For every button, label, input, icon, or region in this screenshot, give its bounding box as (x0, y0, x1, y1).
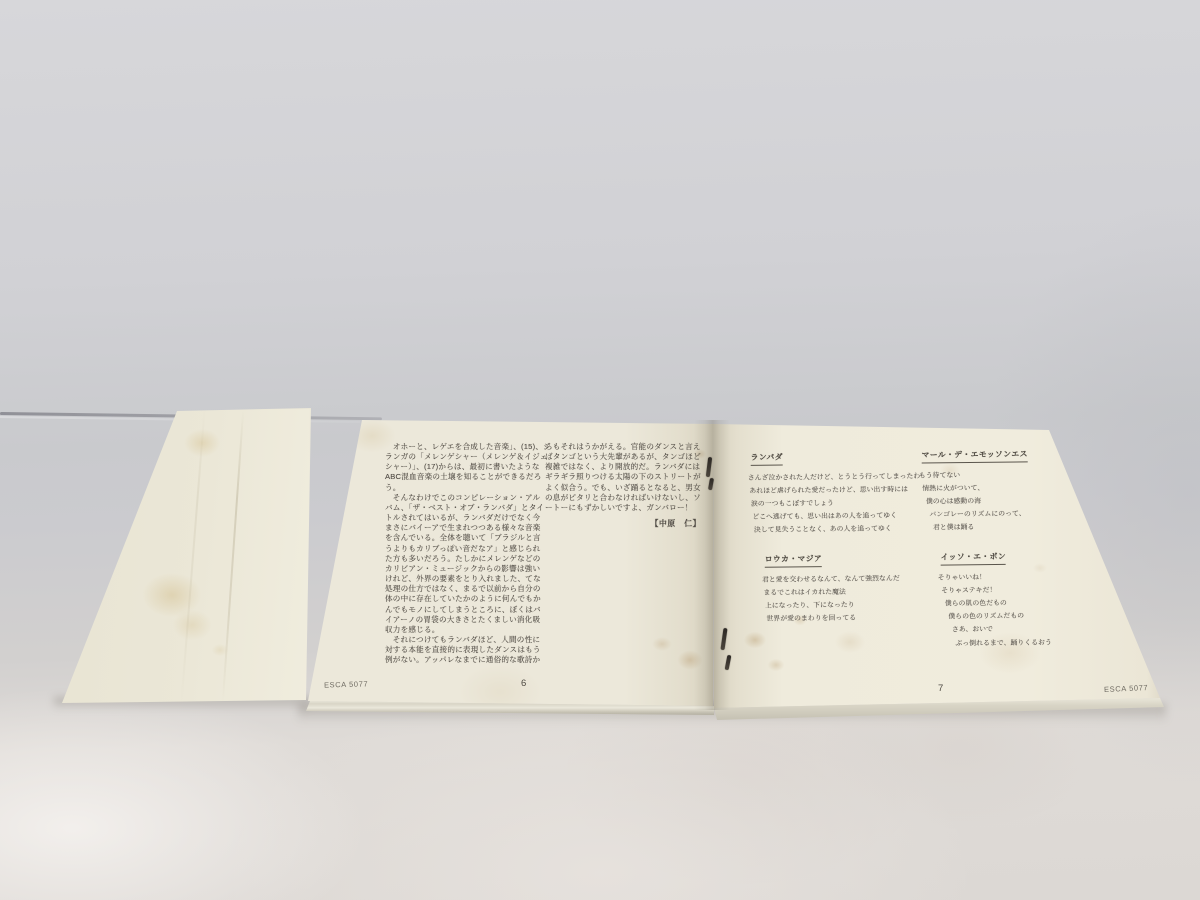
essay-column-2: らもそれはうかがえる。官能のダンスと言えばタンゴという大先輩があるが、タンゴほど… (545, 442, 707, 529)
text-line: 複雑ではなく、より開放的だ。ランバダには (545, 462, 707, 472)
text-line: 例がない。アッパレなまでに通俗的な歌詩か (385, 655, 547, 665)
text-line: んでもモノにしてしまうところに、ぼくはバ (385, 605, 547, 615)
author-credit: 【中原 仁】 (545, 519, 707, 529)
text-line: 僕らの色のリズムだもの (948, 610, 1051, 624)
text-line: うよりもカリブっぽい音だなア」と感じられ (385, 544, 547, 554)
essay-column-1: オホーと、レゲエを合成した音楽」、(15)、ジランガの「メレンゲシャー（メレンゲ… (385, 442, 547, 665)
text-line: ランガの「メレンゲシャー（メレンゲ＆イジェ (385, 452, 547, 462)
text-line: 収力を感じる。 (385, 625, 547, 635)
text-line: イアーノの胃袋の大きさとたくましい消化吸 (385, 615, 547, 625)
song-title: ロウカ・マジア (765, 553, 823, 567)
text-line: そんなわけでこのコンピレーション・アル (385, 493, 547, 503)
catalog-number-left: ESCA 5077 (324, 679, 368, 689)
text-line: 僕の心は感動の海 (926, 494, 1029, 508)
text-line: シャー）」、(17)からは、最初に書いたような (385, 462, 547, 472)
text-line: 君と僕は踊る (933, 521, 1029, 535)
text-line: さあ、おいで (952, 623, 1052, 637)
text-line: 体の中に存在していたかのように何んでもか (385, 594, 547, 604)
song-title: ランバダ (751, 452, 783, 466)
song-lyrics: もう待てない情熱に火がついて、僕の心は感動の海バンゴレーのリズムにのって、君と僕… (919, 468, 1029, 535)
booklet-page-6: オホーと、レゲエを合成した音楽」、(15)、ジランガの「メレンゲシャー（メレンゲ… (300, 412, 715, 720)
card-fold-crease-2 (180, 409, 205, 702)
text-line: そりゃいいね！ (938, 570, 1052, 584)
song-title: イッソ・エ・ボン (941, 551, 1007, 565)
text-line: う。 (385, 483, 547, 493)
text-line: ートーにもずかしいですよ、ガンバロー！ (545, 503, 707, 513)
text-line: それにつけてもランバダほど、人間の性に (385, 635, 547, 645)
song-block-isso-e-bom: イッソ・エ・ボン そりゃいいね！そりゃステキだ！僕らの肌の色だもの僕らの色のリズ… (937, 545, 1052, 650)
essay-column-2-lines: らもそれはうかがえる。官能のダンスと言えばタンゴという大先輩があるが、タンゴほど… (545, 442, 707, 513)
text-line: 君と愛を交わせるなんて、なんて強烈なんだ (762, 572, 900, 587)
song-lyrics: さんざ泣かされた人だけど、とうとう行ってしまったわあれほど虐げられた愛だったけど… (748, 470, 921, 538)
song-title: マール・デ・エモッソンエス (922, 448, 1028, 463)
text-line: もう待てない (919, 468, 1028, 482)
text-line: 情熱に火がついて、 (922, 481, 1028, 495)
catalog-number-right: ESCA 5077 (1104, 683, 1149, 694)
text-line: 対する本能を直接的に表現したダンスはもう (385, 645, 547, 655)
text-line: どこへ逃げても、思い出はあの人を追ってゆく (752, 509, 920, 524)
song-block-mar-de-emocoes: マール・デ・エモッソンエス もう待てない情熱に火がついて、僕の心は感動の海バンゴ… (919, 443, 1029, 535)
text-line: まさにバイーアで生まれつつある様々な音楽 (385, 523, 547, 533)
page-number-7: 7 (938, 683, 943, 694)
song-lyrics: そりゃいいね！そりゃステキだ！僕らの肌の色だもの僕らの色のリズムだものさあ、おい… (938, 570, 1052, 650)
song-block-lambada: ランバダ さんざ泣かされた人だけど、とうとう行ってしまったわあれほど虐げられた愛… (748, 445, 921, 537)
text-line: ABC混血音楽の土壌を知ることができるだろ (385, 472, 547, 482)
text-line: た方も多いだろう。たしかにメレンゲなどの (385, 554, 547, 564)
text-line: バンゴレーのリズムにのって、 (929, 508, 1028, 522)
text-line: 僕らの肌の色だもの (945, 596, 1052, 610)
text-line: 決して見失うことなく、あの人を追ってゆく (754, 522, 921, 537)
text-line: カリビアン・ミュージックからの影響は強い (385, 564, 547, 574)
text-line: を含んでいる。全体を聴いて「ブラジルと言 (385, 533, 547, 543)
text-line: バム、「ザ・ベスト・オブ・ランバダ」とタイ (385, 503, 547, 513)
text-line: あれほど虐げられた愛だったけど、思い出す時には (749, 483, 920, 498)
text-line: オホーと、レゲエを合成した音楽」、(15)、ジ (385, 442, 547, 452)
text-line: の息がピタリと合わなければいけないし、ソ (545, 493, 707, 503)
song-block-louca-magia: ロウカ・マジア 君と愛を交わせるなんて、なんて強烈なんだまるでこれはイカれた魔法… (762, 547, 901, 626)
text-line: ぶっ倒れるまで、踊りくるおう (955, 636, 1052, 650)
card-fold-crease (222, 409, 245, 702)
text-line: 処理の仕方ではなく、まるで以前から自分の (385, 584, 547, 594)
song-lyrics: 君と愛を交わせるなんて、なんて強烈なんだまるでこれはイカれた魔法上になったり、下… (762, 572, 900, 626)
photo-of-cd-booklet: オホーと、レゲエを合成した音楽」、(15)、ジランガの「メレンゲシャー（メレンゲ… (0, 0, 1200, 900)
text-line: よく似合う。でも、いざ踊るとなると、男女 (545, 483, 707, 493)
text-line: トルされてはいるが、ランバダだけでなく今 (385, 513, 547, 523)
text-line: ギラギラ照りつける太陽の下のストリートが (545, 472, 707, 482)
text-line: ばタンゴという大先輩があるが、タンゴほど (545, 452, 707, 462)
page-number-6: 6 (521, 678, 526, 689)
text-line: けれど、外界の要素をとり入れました、てな (385, 574, 547, 584)
text-line: 世界が愛のまわりを回ってる (766, 611, 900, 626)
text-line: らもそれはうかがえる。官能のダンスと言え (545, 442, 707, 452)
text-line: そりゃステキだ！ (941, 583, 1051, 597)
